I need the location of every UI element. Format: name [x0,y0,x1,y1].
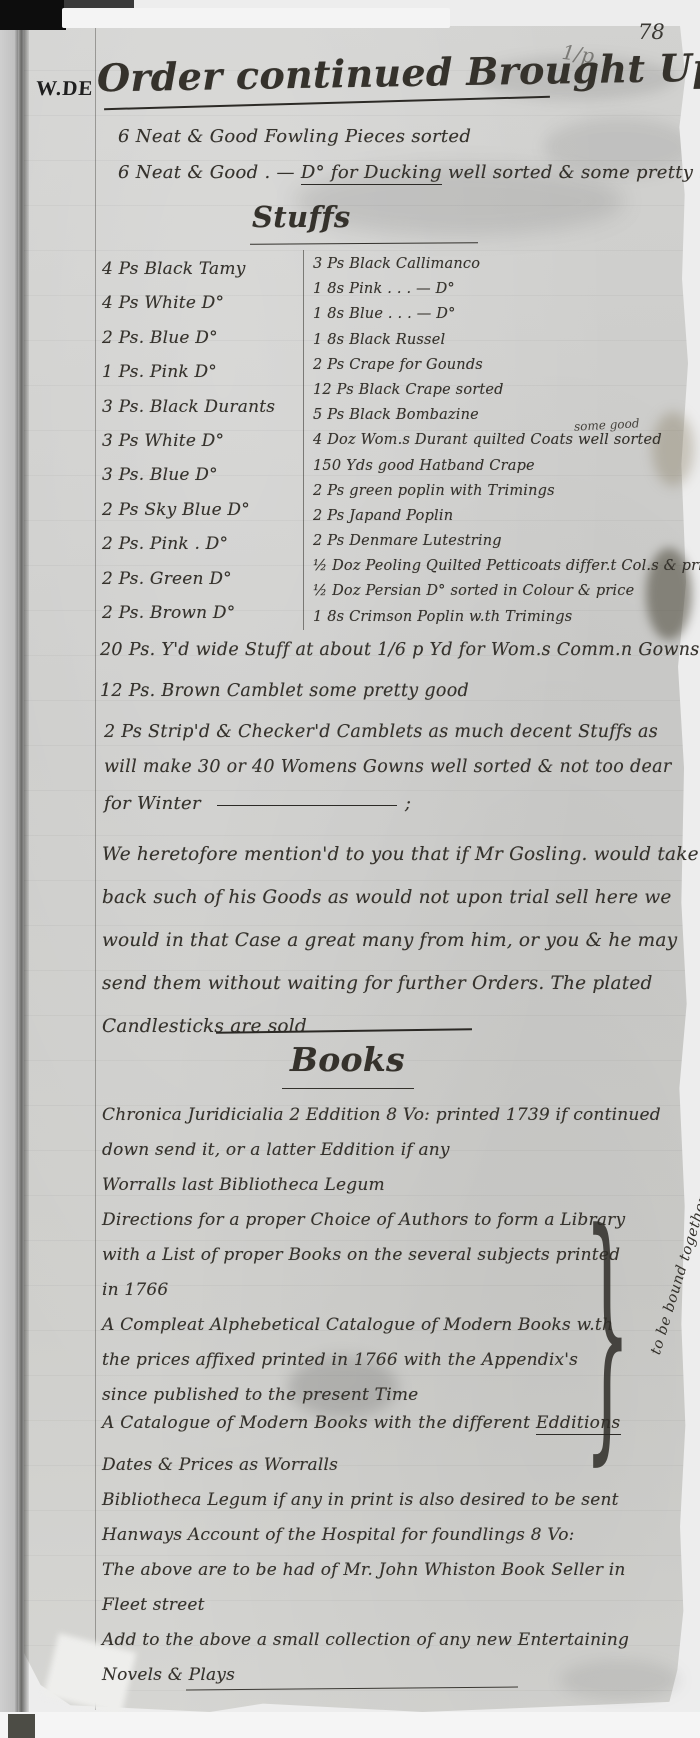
winter-text: for Winter [104,793,201,814]
stuffs-item: 150 Yds good Hatband Crape [313,454,685,479]
winter-suffix: ; [405,793,411,814]
note-line: back such of his Goods as would not upon… [102,876,662,919]
stuffs-item: 12 Ps Black Crape sorted [313,378,685,403]
stuffs-item: ½ Doz Peoling Quilted Petticoats differ.… [313,554,685,579]
scan-bottom-gap [0,1712,700,1738]
stuffs-item: 2 Ps Sky Blue D° [102,493,298,527]
stuffs-right-column: 3 Ps Black Callimanco1 8s Pink . . . — D… [313,252,685,630]
section-heading-books: Books [290,1040,405,1079]
book-entry: with a List of proper Books on the sever… [102,1238,662,1273]
catalogue-prefix: A Catalogue of Modern Books with the dif… [102,1413,536,1433]
book-entry: The above are to be had of Mr. John Whis… [102,1553,662,1588]
stuffs-wide-line: 12 Ps. Brown Camblet some pretty good [100,681,469,701]
books-list: Dates & Prices as WorrallsBibliotheca Le… [102,1448,662,1693]
stuffs-item: 4 Doz Wom.s Durant quilted Coats well so… [313,428,685,453]
stuffs-item: 3 Ps Black Callimanco [313,252,685,277]
scan-bottom-artifact [8,1714,35,1738]
stuffs-item: ½ Doz Persian D° sorted in Colour & pric… [313,579,685,604]
book-entry: Hanways Account of the Hospital for foun… [102,1518,662,1553]
section-heading-stuffs: Stuffs [252,200,351,234]
stuffs-item: 2 Ps. Pink . D° [102,527,298,561]
stuffs-wide-line: 2 Ps Strip'd & Checker'd Camblets as muc… [104,722,658,742]
stuffs-item: 2 Ps green poplin with Trimings [313,479,685,504]
book-entry: Dates & Prices as Worralls [102,1448,662,1483]
owner-stamp: W.DE [35,76,94,101]
stuffs-item: 1 8s Black Russel [313,328,685,353]
books-list: Chronica Juridicialia 2 Eddition 8 Vo: p… [102,1098,662,1413]
stuffs-item: 4 Ps White D° [102,286,298,320]
stuffs-item: 1 8s Crimson Poplin w.th Trimings [313,605,685,630]
book-entry: A Catalogue of Modern Books with the dif… [102,1413,621,1433]
stuffs-item: 2 Ps Denmare Lutestring [313,529,685,554]
book-entry: the prices affixed printed in 1766 with … [102,1343,662,1378]
note-line: We heretofore mention'd to you that if M… [102,833,662,876]
stuffs-item: 1 Ps. Pink D° [102,355,298,389]
stuffs-item: 1 8s Blue . . . — D° [313,302,685,327]
order-line: 6 Neat & Good . — D° for Ducking well so… [118,162,700,183]
stuffs-item: 1 8s Pink . . . — D° [313,277,685,302]
stuffs-wide-line: will make 30 or 40 Womens Gowns well sor… [104,757,672,777]
stuffs-item: 3 Ps. Blue D° [102,458,298,492]
order-line-underlined: D° for Ducking [301,162,442,185]
stuffs-wide-line: 20 Ps. Y'd wide Stuff at about 1/6 p Yd … [100,640,700,660]
order-line: 6 Neat & Good Fowling Pieces sorted [118,126,471,147]
stuffs-left-column: 4 Ps Black Tamy4 Ps White D°2 Ps. Blue D… [102,252,298,630]
winter-line: for Winter; [104,793,411,814]
book-entry: in 1766 [102,1273,662,1308]
winter-dash-rule [217,805,397,806]
binding-gutter-shadow [15,24,29,1712]
book-entry: Fleet street [102,1588,662,1623]
book-entry: Add to the above a small collection of a… [102,1623,662,1658]
stuffs-item: 3 Ps. Black Durants [102,390,298,424]
book-entry: down send it, or a latter Eddition if an… [102,1133,662,1168]
book-entry: A Compleat Alphebetical Catalogue of Mod… [102,1308,662,1343]
books-underline [282,1088,414,1089]
bound-together-brace: } [584,1178,631,1490]
book-entry: Directions for a proper Choice of Author… [102,1203,662,1238]
order-line-suffix: well sorted & some pretty long [442,162,700,183]
book-entry: Chronica Juridicialia 2 Eddition 8 Vo: p… [102,1098,662,1133]
stuffs-item: 2 Ps. Blue D° [102,321,298,355]
manuscript-scan: W.DE 78 1/p Order continued Brought Up 6… [0,0,700,1738]
column-divider-line [303,250,304,630]
page-number: 78 [638,20,665,44]
stuffs-item: 2 Ps. Brown D° [102,596,298,630]
gosling-note: We heretofore mention'd to you that if M… [102,833,662,1048]
note-line: send them without waiting for further Or… [102,962,662,1005]
stuffs-item: 4 Ps Black Tamy [102,252,298,286]
order-line-prefix: 6 Neat & Good . — [118,162,301,183]
stuffs-item: 2 Ps Crape for Gounds [313,353,685,378]
scan-corner-artifact [0,0,66,30]
scan-top-gap [62,8,450,28]
margin-rule-line [95,28,96,1710]
book-entry: since published to the present Time [102,1378,662,1413]
stuffs-item: 2 Ps. Green D° [102,562,298,596]
book-entry: Bibliotheca Legum if any in print is als… [102,1483,662,1518]
stuffs-item: 2 Ps Japand Poplin [313,504,685,529]
stuffs-item: 3 Ps White D° [102,424,298,458]
note-line: would in that Case a great many from him… [102,919,662,962]
book-entry: Worralls last Bibliotheca Legum [102,1168,662,1203]
